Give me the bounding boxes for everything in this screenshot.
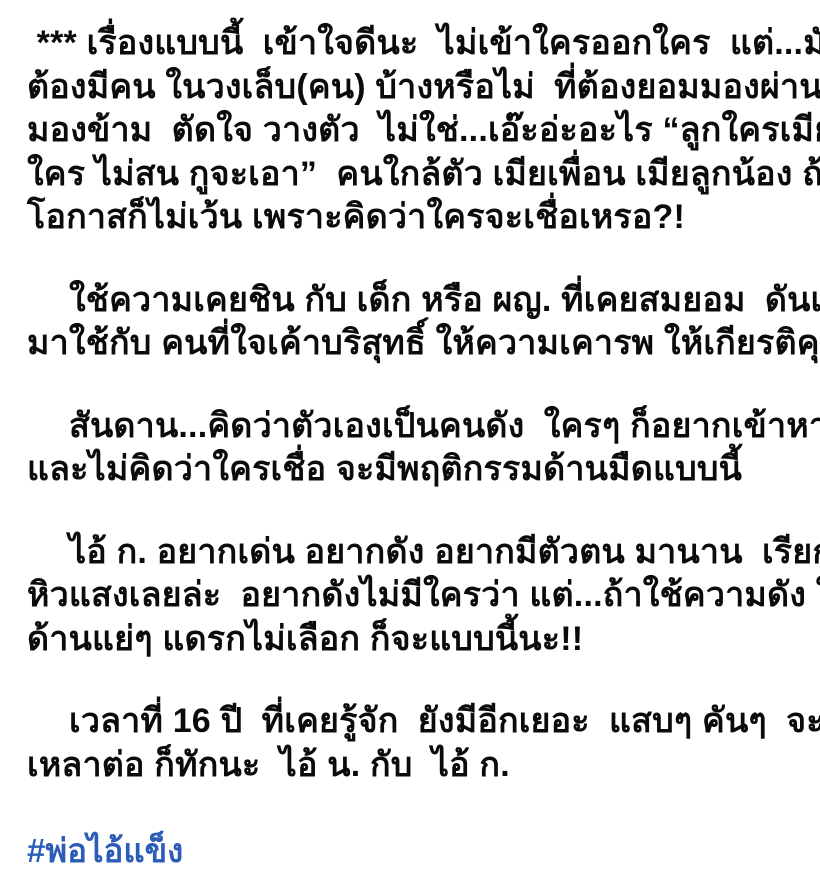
hashtag-link[interactable]: #พ่อไอ้แข็ง	[27, 829, 183, 872]
text-line: ใคร ไม่สน กูจะเอา” คนใกล้ตัว เมียเพื่อน …	[27, 153, 798, 197]
text-line: สันดาน...คิดว่าตัวเองเป็นคนดัง ใครๆ ก็อย…	[27, 405, 798, 449]
post-text: *** เรื่องแบบนี้ เข้าใจดีนะ ไม่เข้าใครออ…	[0, 0, 820, 872]
paragraph-2: ใช้ความเคยชิน กับ เด็ก หรือ ผญ. ที่เคยสม…	[27, 279, 798, 366]
text-line: มองข้าม ตัดใจ วางตัว ไม่ใช่...เอ๊ะอ่ะอะไ…	[27, 109, 798, 153]
text-line: เหลาต่อ ก็ทักนะ ไอ้ น. กับ ไอ้ ก.	[27, 744, 798, 788]
text-line: โอกาสก็ไม่เว้น เพราะคิดว่าใครจะเชื่อเหรอ…	[27, 196, 798, 240]
text-line: เวลาที่ 16 ปี ที่เคยรู้จัก ยังมีอีกเยอะ …	[27, 700, 798, 744]
text-line: ต้องมีคน ในวงเล็บ(คน) บ้างหรือไม่ ที่ต้อ…	[27, 66, 798, 110]
text-line: ด้านแย่ๆ แดรกไม่เลือก ก็จะแบบนี้นะ!!	[27, 618, 798, 662]
text-line: *** เรื่องแบบนี้ เข้าใจดีนะ ไม่เข้าใครออ…	[27, 22, 798, 66]
text-line: ใช้ความเคยชิน กับ เด็ก หรือ ผญ. ที่เคยสม…	[27, 279, 798, 323]
paragraph-3: สันดาน...คิดว่าตัวเองเป็นคนดัง ใครๆ ก็อย…	[27, 405, 798, 492]
paragraph-5: เวลาที่ 16 ปี ที่เคยรู้จัก ยังมีอีกเยอะ …	[27, 700, 798, 787]
text-line: หิวแสงเลยล่ะ อยากดังไม่มีใครว่า แต่...ถ้…	[27, 574, 798, 618]
paragraph-4: ไอ้ ก. อยากเด่น อยากดัง อยากมีตัวตน มานา…	[27, 531, 798, 662]
text-line: มาใช้กับ คนที่ใจเค้าบริสุทธิ์ ให้ความเคา…	[27, 322, 798, 366]
text-line: ไอ้ ก. อยากเด่น อยากดัง อยากมีตัวตน มานา…	[27, 531, 798, 575]
paragraph-1: *** เรื่องแบบนี้ เข้าใจดีนะ ไม่เข้าใครออ…	[27, 22, 798, 240]
text-line: และไม่คิดว่าใครเชื่อ จะมีพฤติกรรมด้านมืด…	[27, 448, 798, 492]
